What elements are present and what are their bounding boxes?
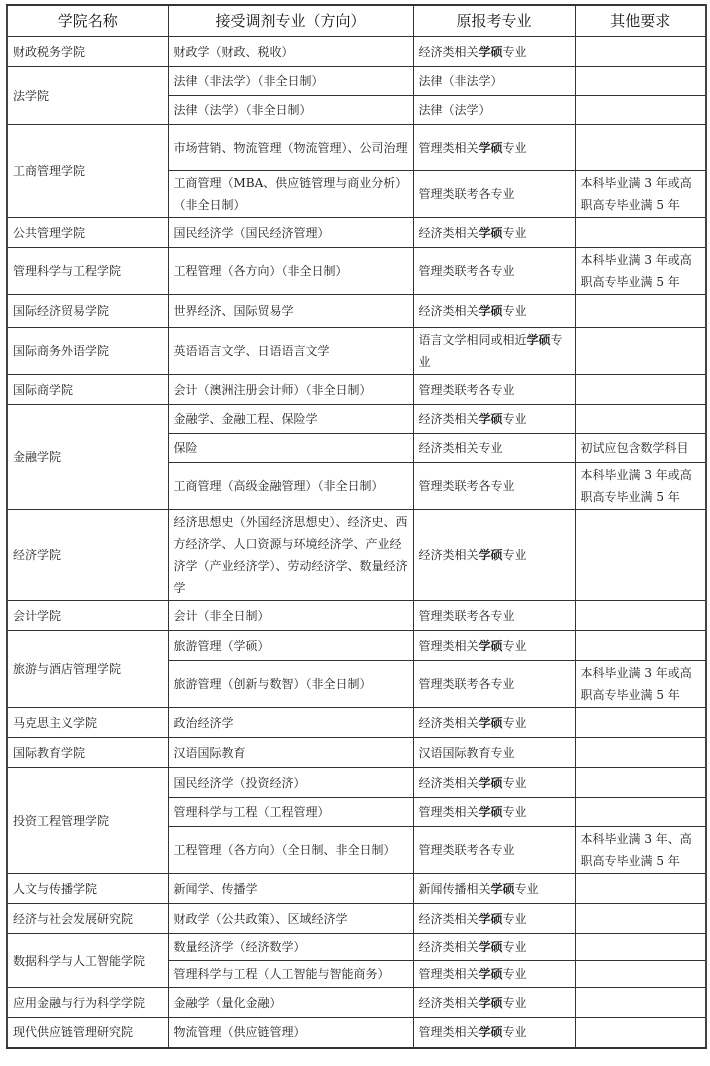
- original-major-cell: 法律（法学）: [413, 96, 575, 125]
- other-requirements-cell: 本科毕业满 3 年或高职高专毕业满 5 年: [575, 171, 706, 218]
- original-major-text: 专业: [515, 882, 539, 896]
- original-major-cell: 新闻传播相关学硕专业: [413, 874, 575, 904]
- accepted-major-cell: 旅游管理（创新与数智）（非全日制）: [168, 661, 413, 708]
- original-major-text: 管理类联考各专业: [419, 677, 515, 691]
- original-major-emphasis: 学硕: [527, 333, 551, 347]
- original-major-text: 管理类相关: [419, 639, 479, 653]
- other-requirements-cell: 本科毕业满 3 年、高职高专毕业满 5 年: [575, 827, 706, 874]
- other-requirements-cell: [575, 738, 706, 768]
- other-requirements-cell: [575, 37, 706, 67]
- original-major-cell: 经济类相关专业: [413, 434, 575, 463]
- college-name-cell: 数据科学与人工智能学院: [7, 934, 168, 988]
- original-major-text: 法律（非法学）: [419, 74, 503, 88]
- original-major-cell: 管理类相关学硕专业: [413, 798, 575, 827]
- table-row: 现代供应链管理研究院物流管理（供应链管理）管理类相关学硕专业: [7, 1018, 706, 1048]
- table-row: 会计学院会计（非全日制）管理类联考各专业: [7, 601, 706, 631]
- original-major-emphasis: 学硕: [479, 967, 503, 981]
- college-name-cell: 法学院: [7, 67, 168, 125]
- other-requirements-cell: [575, 934, 706, 961]
- original-major-emphasis: 学硕: [479, 940, 503, 954]
- original-major-cell: 经济类相关学硕专业: [413, 708, 575, 738]
- original-major-text: 经济类相关: [419, 412, 479, 426]
- original-major-text: 专业: [503, 940, 527, 954]
- original-major-emphasis: 学硕: [479, 412, 503, 426]
- original-major-text: 专业: [503, 776, 527, 790]
- original-major-text: 专业: [503, 716, 527, 730]
- original-major-emphasis: 学硕: [479, 716, 503, 730]
- original-major-emphasis: 学硕: [479, 996, 503, 1010]
- original-major-text: 经济类相关: [419, 940, 479, 954]
- table-row: 投资工程管理学院国民经济学（投资经济）经济类相关学硕专业: [7, 768, 706, 798]
- accepted-major-cell: 国民经济学（国民经济管理）: [168, 218, 413, 248]
- accepted-major-cell: 工商管理（MBA、供应链管理与商业分析）（非全日制）: [168, 171, 413, 218]
- other-requirements-cell: [575, 218, 706, 248]
- accepted-major-cell: 新闻学、传播学: [168, 874, 413, 904]
- original-major-text: 经济类相关: [419, 776, 479, 790]
- original-major-text: 管理类相关: [419, 967, 479, 981]
- adjustment-table: 学院名称 接受调剂专业（方向） 原报考专业 其他要求 财政税务学院财政学（财政、…: [6, 4, 707, 1049]
- original-major-cell: 管理类联考各专业: [413, 601, 575, 631]
- college-name-cell: 应用金融与行为科学学院: [7, 988, 168, 1018]
- original-major-cell: 汉语国际教育专业: [413, 738, 575, 768]
- other-requirements-cell: [575, 988, 706, 1018]
- other-requirements-cell: [575, 874, 706, 904]
- original-major-emphasis: 学硕: [479, 912, 503, 926]
- other-requirements-cell: [575, 67, 706, 96]
- original-major-text: 专业: [503, 967, 527, 981]
- college-name-cell: 经济与社会发展研究院: [7, 904, 168, 934]
- table-row: 国际商学院会计（澳洲注册会计师）（非全日制）管理类联考各专业: [7, 375, 706, 405]
- original-major-text: 经济类相关: [419, 912, 479, 926]
- other-requirements-cell: [575, 768, 706, 798]
- table-row: 人文与传播学院新闻学、传播学新闻传播相关学硕专业: [7, 874, 706, 904]
- original-major-emphasis: 学硕: [479, 548, 503, 562]
- other-requirements-cell: [575, 510, 706, 601]
- header-other-requirements: 其他要求: [575, 5, 706, 37]
- header-row: 学院名称 接受调剂专业（方向） 原报考专业 其他要求: [7, 5, 706, 37]
- original-major-text: 专业: [503, 226, 527, 240]
- table-row: 数据科学与人工智能学院数量经济学（经济数学）经济类相关学硕专业: [7, 934, 706, 961]
- original-major-cell: 法律（非法学）: [413, 67, 575, 96]
- accepted-major-cell: 管理科学与工程（人工智能与智能商务）: [168, 961, 413, 988]
- original-major-cell: 经济类相关学硕专业: [413, 37, 575, 67]
- original-major-emphasis: 学硕: [479, 1025, 503, 1039]
- other-requirements-cell: [575, 125, 706, 171]
- college-name-cell: 现代供应链管理研究院: [7, 1018, 168, 1048]
- original-major-text: 经济类相关: [419, 226, 479, 240]
- college-name-cell: 国际商务外语学院: [7, 328, 168, 375]
- original-major-emphasis: 学硕: [479, 45, 503, 59]
- original-major-text: 专业: [503, 1025, 527, 1039]
- original-major-cell: 管理类联考各专业: [413, 661, 575, 708]
- original-major-text: 管理类相关: [419, 805, 479, 819]
- original-major-text: 经济类相关: [419, 45, 479, 59]
- original-major-text: 专业: [503, 548, 527, 562]
- accepted-major-cell: 市场营销、物流管理（物流管理）、公司治理: [168, 125, 413, 171]
- header-original-major: 原报考专业: [413, 5, 575, 37]
- other-requirements-cell: [575, 1018, 706, 1048]
- accepted-major-cell: 会计（澳洲注册会计师）（非全日制）: [168, 375, 413, 405]
- original-major-text: 经济类相关: [419, 548, 479, 562]
- accepted-major-cell: 管理科学与工程（工程管理）: [168, 798, 413, 827]
- college-name-cell: 国际教育学院: [7, 738, 168, 768]
- accepted-major-cell: 保险: [168, 434, 413, 463]
- original-major-text: 专业: [503, 141, 527, 155]
- original-major-text: 经济类相关: [419, 716, 479, 730]
- original-major-text: 经济类相关专业: [419, 441, 503, 455]
- original-major-text: 管理类联考各专业: [419, 187, 515, 201]
- original-major-cell: 管理类相关学硕专业: [413, 1018, 575, 1048]
- college-name-cell: 工商管理学院: [7, 125, 168, 218]
- original-major-cell: 经济类相关学硕专业: [413, 768, 575, 798]
- other-requirements-cell: [575, 295, 706, 328]
- college-name-cell: 国际经济贸易学院: [7, 295, 168, 328]
- table-row: 国际商务外语学院英语语言文学、日语语言文学语言文学相同或相近学硕专业: [7, 328, 706, 375]
- original-major-emphasis: 学硕: [479, 304, 503, 318]
- other-requirements-cell: [575, 328, 706, 375]
- other-requirements-cell: 初试应包含数学科目: [575, 434, 706, 463]
- accepted-major-cell: 数量经济学（经济数学）: [168, 934, 413, 961]
- original-major-cell: 管理类联考各专业: [413, 827, 575, 874]
- original-major-text: 管理类联考各专业: [419, 264, 515, 278]
- original-major-cell: 管理类联考各专业: [413, 463, 575, 510]
- original-major-text: 经济类相关: [419, 996, 479, 1010]
- original-major-cell: 管理类联考各专业: [413, 171, 575, 218]
- original-major-emphasis: 学硕: [479, 639, 503, 653]
- other-requirements-cell: [575, 631, 706, 661]
- original-major-text: 专业: [503, 45, 527, 59]
- original-major-text: 经济类相关: [419, 304, 479, 318]
- accepted-major-cell: 经济思想史（外国经济思想史）、经济史、西方经济学、人口资源与环境经济学、产业经济…: [168, 510, 413, 601]
- other-requirements-cell: 本科毕业满 3 年或高职高专毕业满 5 年: [575, 248, 706, 295]
- other-requirements-cell: [575, 961, 706, 988]
- accepted-major-cell: 财政学（公共政策）、区域经济学: [168, 904, 413, 934]
- original-major-cell: 经济类相关学硕专业: [413, 218, 575, 248]
- college-name-cell: 会计学院: [7, 601, 168, 631]
- original-major-emphasis: 学硕: [479, 776, 503, 790]
- accepted-major-cell: 汉语国际教育: [168, 738, 413, 768]
- accepted-major-cell: 工程管理（各方向）（非全日制）: [168, 248, 413, 295]
- table-row: 旅游与酒店管理学院旅游管理（学硕）管理类相关学硕专业: [7, 631, 706, 661]
- table-row: 法学院法律（非法学）（非全日制）法律（非法学）: [7, 67, 706, 96]
- table-row: 管理科学与工程学院工程管理（各方向）（非全日制）管理类联考各专业本科毕业满 3 …: [7, 248, 706, 295]
- college-name-cell: 经济学院: [7, 510, 168, 601]
- original-major-text: 语言文学相同或相近: [419, 333, 527, 347]
- accepted-major-cell: 英语语言文学、日语语言文学: [168, 328, 413, 375]
- original-major-text: 管理类联考各专业: [419, 479, 515, 493]
- original-major-text: 管理类联考各专业: [419, 609, 515, 623]
- accepted-major-cell: 世界经济、国际贸易学: [168, 295, 413, 328]
- original-major-text: 法律（法学）: [419, 103, 491, 117]
- accepted-major-cell: 物流管理（供应链管理）: [168, 1018, 413, 1048]
- original-major-cell: 经济类相关学硕专业: [413, 904, 575, 934]
- original-major-text: 专业: [503, 412, 527, 426]
- original-major-cell: 经济类相关学硕专业: [413, 510, 575, 601]
- accepted-major-cell: 金融学（量化金融）: [168, 988, 413, 1018]
- accepted-major-cell: 工商管理（高级金融管理）（非全日制）: [168, 463, 413, 510]
- original-major-emphasis: 学硕: [479, 805, 503, 819]
- table-row: 公共管理学院国民经济学（国民经济管理）经济类相关学硕专业: [7, 218, 706, 248]
- other-requirements-cell: [575, 96, 706, 125]
- college-name-cell: 财政税务学院: [7, 37, 168, 67]
- original-major-text: 专业: [503, 996, 527, 1010]
- accepted-major-cell: 政治经济学: [168, 708, 413, 738]
- table-row: 金融学院金融学、金融工程、保险学经济类相关学硕专业: [7, 405, 706, 434]
- college-name-cell: 国际商学院: [7, 375, 168, 405]
- original-major-cell: 管理类相关学硕专业: [413, 961, 575, 988]
- original-major-text: 专业: [503, 912, 527, 926]
- original-major-cell: 经济类相关学硕专业: [413, 934, 575, 961]
- table-row: 应用金融与行为科学学院金融学（量化金融）经济类相关学硕专业: [7, 988, 706, 1018]
- other-requirements-cell: 本科毕业满 3 年或高职高专毕业满 5 年: [575, 463, 706, 510]
- original-major-emphasis: 学硕: [479, 226, 503, 240]
- college-name-cell: 金融学院: [7, 405, 168, 510]
- table-row: 国际经济贸易学院世界经济、国际贸易学经济类相关学硕专业: [7, 295, 706, 328]
- original-major-text: 管理类联考各专业: [419, 383, 515, 397]
- header-college: 学院名称: [7, 5, 168, 37]
- college-name-cell: 旅游与酒店管理学院: [7, 631, 168, 708]
- other-requirements-cell: [575, 798, 706, 827]
- original-major-text: 管理类相关: [419, 141, 479, 155]
- original-major-text: 专业: [503, 304, 527, 318]
- accepted-major-cell: 财政学（财政、税收）: [168, 37, 413, 67]
- college-name-cell: 人文与传播学院: [7, 874, 168, 904]
- original-major-text: 汉语国际教育专业: [419, 746, 515, 760]
- college-name-cell: 公共管理学院: [7, 218, 168, 248]
- other-requirements-cell: 本科毕业满 3 年或高职高专毕业满 5 年: [575, 661, 706, 708]
- table-body: 财政税务学院财政学（财政、税收）经济类相关学硕专业法学院法律（非法学）（非全日制…: [7, 37, 706, 1048]
- accepted-major-cell: 工程管理（各方向）（全日制、非全日制）: [168, 827, 413, 874]
- other-requirements-cell: [575, 708, 706, 738]
- college-name-cell: 投资工程管理学院: [7, 768, 168, 874]
- original-major-cell: 管理类联考各专业: [413, 248, 575, 295]
- original-major-cell: 经济类相关学硕专业: [413, 405, 575, 434]
- accepted-major-cell: 会计（非全日制）: [168, 601, 413, 631]
- other-requirements-cell: [575, 904, 706, 934]
- college-name-cell: 管理科学与工程学院: [7, 248, 168, 295]
- other-requirements-cell: [575, 405, 706, 434]
- other-requirements-cell: [575, 375, 706, 405]
- original-major-cell: 管理类联考各专业: [413, 375, 575, 405]
- original-major-cell: 管理类相关学硕专业: [413, 125, 575, 171]
- original-major-emphasis: 学硕: [491, 882, 515, 896]
- table-row: 国际教育学院汉语国际教育汉语国际教育专业: [7, 738, 706, 768]
- college-name-cell: 马克思主义学院: [7, 708, 168, 738]
- accepted-major-cell: 法律（非法学）（非全日制）: [168, 67, 413, 96]
- adjustment-table-document: 学院名称 接受调剂专业（方向） 原报考专业 其他要求 财政税务学院财政学（财政、…: [6, 4, 707, 1049]
- header-major: 接受调剂专业（方向）: [168, 5, 413, 37]
- original-major-cell: 经济类相关学硕专业: [413, 988, 575, 1018]
- original-major-text: 专业: [503, 805, 527, 819]
- accepted-major-cell: 法律（法学）（非全日制）: [168, 96, 413, 125]
- table-row: 财政税务学院财政学（财政、税收）经济类相关学硕专业: [7, 37, 706, 67]
- table-row: 经济与社会发展研究院财政学（公共政策）、区域经济学经济类相关学硕专业: [7, 904, 706, 934]
- original-major-cell: 经济类相关学硕专业: [413, 295, 575, 328]
- table-row: 工商管理学院市场营销、物流管理（物流管理）、公司治理管理类相关学硕专业: [7, 125, 706, 171]
- original-major-cell: 管理类相关学硕专业: [413, 631, 575, 661]
- accepted-major-cell: 金融学、金融工程、保险学: [168, 405, 413, 434]
- original-major-emphasis: 学硕: [479, 141, 503, 155]
- original-major-text: 管理类联考各专业: [419, 843, 515, 857]
- other-requirements-cell: [575, 601, 706, 631]
- accepted-major-cell: 国民经济学（投资经济）: [168, 768, 413, 798]
- table-row: 马克思主义学院政治经济学经济类相关学硕专业: [7, 708, 706, 738]
- original-major-cell: 语言文学相同或相近学硕专业: [413, 328, 575, 375]
- original-major-text: 新闻传播相关: [419, 882, 491, 896]
- original-major-text: 管理类相关: [419, 1025, 479, 1039]
- original-major-text: 专业: [503, 639, 527, 653]
- table-row: 经济学院经济思想史（外国经济思想史）、经济史、西方经济学、人口资源与环境经济学、…: [7, 510, 706, 601]
- accepted-major-cell: 旅游管理（学硕）: [168, 631, 413, 661]
